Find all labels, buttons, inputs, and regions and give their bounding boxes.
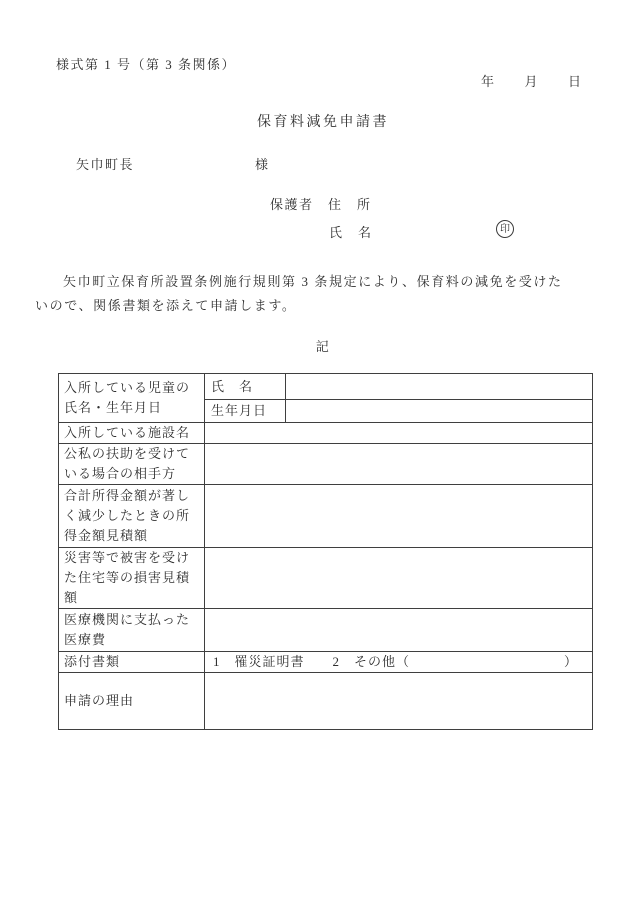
- table-row: 医療機関に支払った 医療費: [59, 609, 593, 652]
- date-line: 年 月 日: [481, 71, 583, 90]
- form-number: 様式第 1 号（第 3 条関係）: [56, 54, 236, 73]
- facility-name-label: 入所している施設名: [59, 423, 205, 444]
- facility-name-value-cell: [205, 423, 593, 444]
- medical-expenses-value-cell: [205, 609, 593, 652]
- disaster-damage-label: 災害等で被害を受け た住宅等の損害見積 額: [59, 548, 205, 609]
- child-name-label: 氏 名: [205, 374, 286, 400]
- attachments-options: 1 罹災証明書 2 その他（: [213, 652, 410, 672]
- body-paragraph-line2: いので、関係書類を添えて申請します。: [35, 294, 597, 318]
- table-row: 申請の理由: [59, 673, 593, 730]
- application-reason-label: 申請の理由: [59, 673, 205, 730]
- disaster-damage-value-cell: [205, 548, 593, 609]
- public-private-aid-label: 公私の扶助を受けて いる場合の相手方: [59, 444, 205, 485]
- income-estimate-label: 合計所得金額が著し く減少したときの所 得金額見積額: [59, 485, 205, 548]
- child-birthdate-label: 生年月日: [205, 400, 286, 423]
- attachments-close-paren: ）: [564, 652, 592, 672]
- guardian-name-label: 氏 名: [329, 222, 373, 241]
- child-birthdate-value-cell: [286, 400, 593, 423]
- addressee-honorific: 様: [255, 154, 270, 173]
- addressee-name: 矢巾町長: [76, 154, 134, 173]
- guardian-address-label: 保護者 住 所: [270, 194, 372, 213]
- table-row: 災害等で被害を受け た住宅等の損害見積 額: [59, 548, 593, 609]
- list-marker-ki: 記: [0, 336, 630, 355]
- table-row: 入所している施設名: [59, 423, 593, 444]
- table-row: 公私の扶助を受けて いる場合の相手方: [59, 444, 593, 485]
- child-info-label: 入所している児童の 氏名・生年月日: [59, 374, 205, 423]
- medical-expenses-label: 医療機関に支払った 医療費: [59, 609, 205, 652]
- child-name-value-cell: [286, 374, 593, 400]
- application-reason-value-cell: [205, 673, 593, 730]
- body-paragraph: 矢巾町立保育所設置条例施行規則第 3 条規定により、保育料の減免を受けた いので…: [35, 270, 597, 318]
- table-row: 合計所得金額が著し く減少したときの所 得金額見積額: [59, 485, 593, 548]
- public-private-aid-value-cell: [205, 444, 593, 485]
- document-page: 様式第 1 号（第 3 条関係） 年 月 日 保育料減免申請書 矢巾町長 様 保…: [0, 0, 630, 915]
- attachments-label: 添付書類: [59, 652, 205, 673]
- page-title: 保育料減免申請書: [0, 111, 630, 131]
- body-paragraph-line1: 矢巾町立保育所設置条例施行規則第 3 条規定により、保育料の減免を受けた: [35, 270, 597, 294]
- table-row: 入所している児童の 氏名・生年月日 氏 名: [59, 374, 593, 400]
- seal-icon: 印: [496, 220, 514, 238]
- table-row: 添付書類 1 罹災証明書 2 その他（ ）: [59, 652, 593, 673]
- application-table: 入所している児童の 氏名・生年月日 氏 名 生年月日 入所している施設名 公私の…: [58, 373, 593, 730]
- attachments-value-cell: 1 罹災証明書 2 その他（ ）: [205, 652, 593, 673]
- income-estimate-value-cell: [205, 485, 593, 548]
